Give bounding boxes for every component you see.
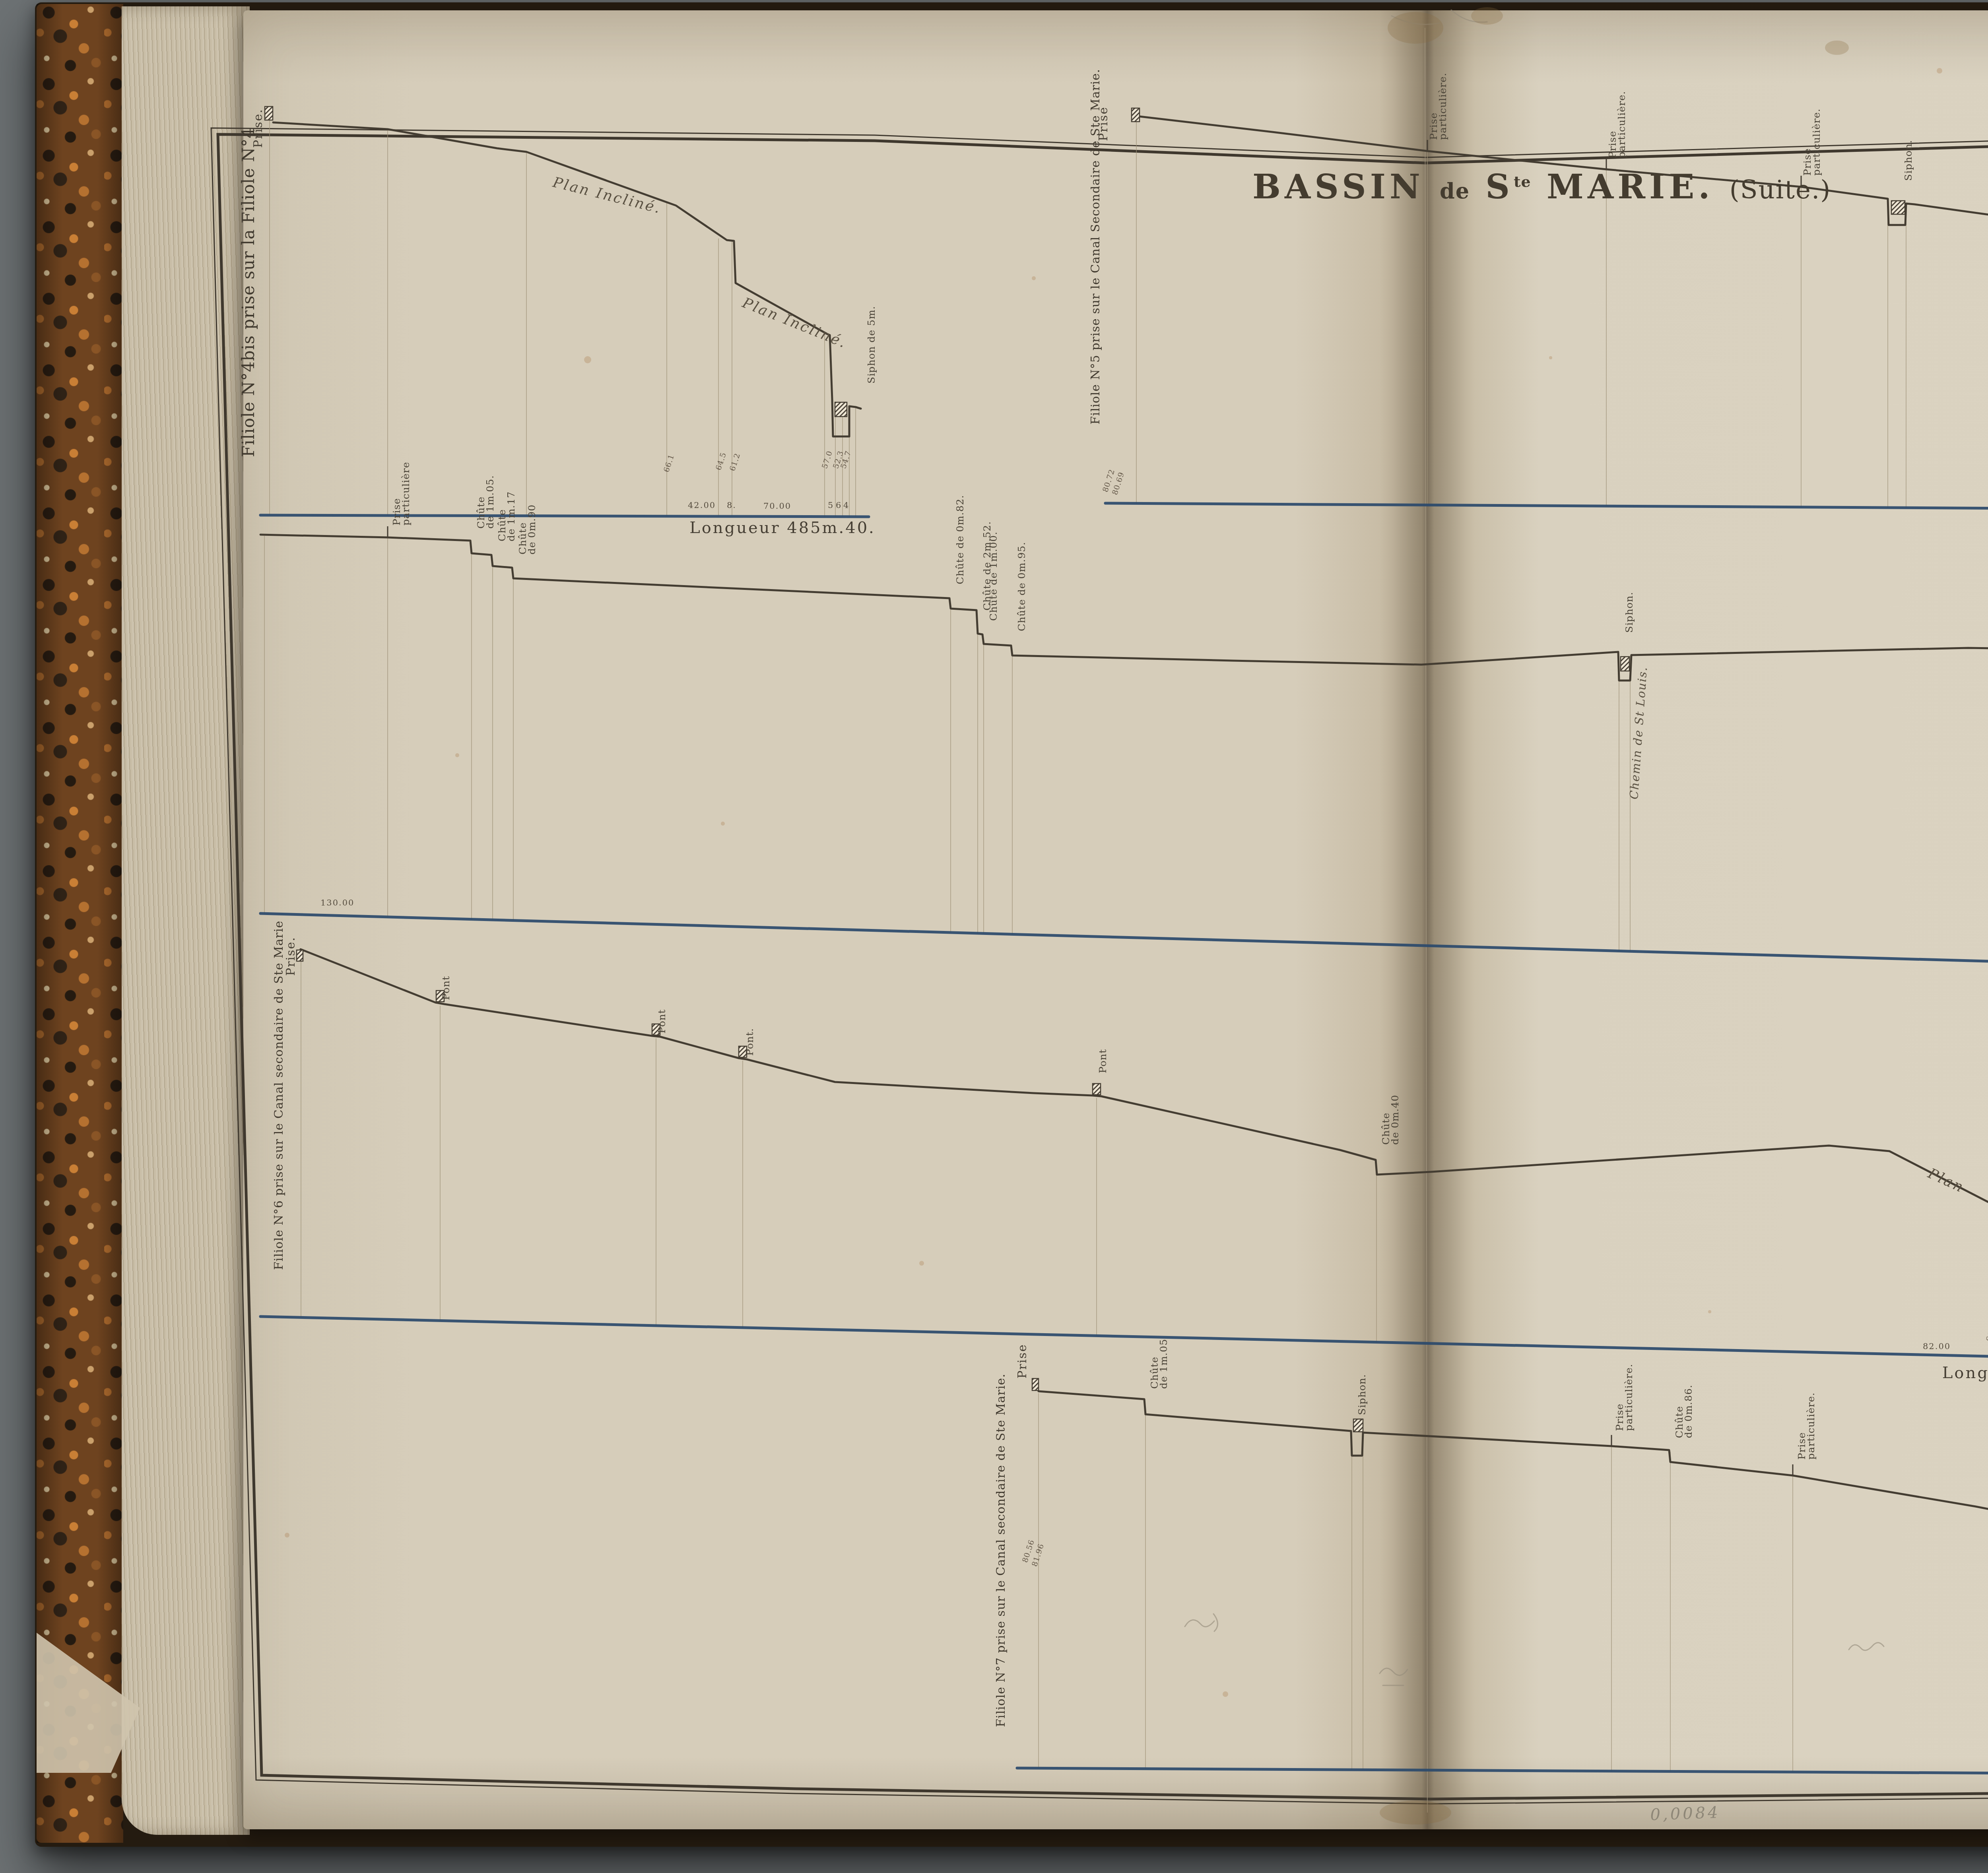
annotation-label: Chûte de 0m.95. (1017, 542, 1026, 631)
annotation-label: Prise particulière. (1429, 73, 1447, 140)
pencil-note: 0,0084 (1650, 1805, 1720, 1823)
text-label-layer: BASSIN de Ste MARIE. (Suite.) Filiole N°… (0, 0, 1988, 1873)
photographed-atlas-page: { "title": {"bassin":"BASSIN","de":"de",… (0, 0, 1988, 1873)
distance-label: 8. (727, 502, 736, 509)
annotation-label: Prise particulière. (1803, 109, 1821, 176)
annotation-label: Chûte de 1m.05. (476, 475, 495, 529)
elevation-label: 64.5 (715, 452, 728, 471)
annotation-label: Prise particulière. (1615, 1364, 1633, 1431)
distance-label: 6 (836, 502, 842, 509)
annotation-label: Siphon. (1625, 592, 1634, 633)
annotation-label: Chûte de 1m.17 (497, 491, 516, 541)
title-s: S (1485, 167, 1514, 206)
distance-label: 5 (828, 502, 834, 509)
annotation-label: Chûte de 0m.90 (518, 504, 536, 555)
distance-label: 70.00 (763, 502, 791, 510)
annotation-label: Pont. (745, 1028, 754, 1056)
profile-title-filiole-6: Filiole N°6 prise sur le Canal secondair… (274, 921, 285, 1270)
title-de: de (1440, 178, 1470, 204)
distance-label: 4 (843, 502, 849, 509)
annotation-label: Plan Incliné. (741, 296, 849, 350)
annotation-label: Prise particulière. (1797, 1392, 1815, 1460)
distance-label: 82.00 (1923, 1343, 1951, 1350)
annotation-label: Siphon. (1904, 140, 1913, 181)
elevation-label: 61.2 (729, 452, 742, 472)
elevation-label: 66.5 (1986, 1323, 1988, 1342)
annotation-label: Siphon de 5m. (867, 306, 876, 384)
annotation-label: Chemin de St Louis. (1629, 666, 1648, 800)
prise-label: Prise (1098, 107, 1109, 141)
annotation-label: Chûte de 0m.86. (1675, 1384, 1693, 1438)
annotation-label: Pont (441, 976, 450, 1000)
title-bassin: BASSIN (1252, 167, 1424, 206)
annotation-label: Plan Incliné. (551, 176, 663, 215)
title-ste: te (1514, 173, 1531, 190)
prise-label: Prise. (253, 109, 264, 148)
distance-label: 130.00 (320, 899, 354, 907)
annotation-label: Chûte de 0m.82. (955, 495, 965, 584)
elevation-label: 66.1 (663, 454, 676, 473)
page-title: BASSIN de Ste MARIE. (Suite.) (1252, 167, 1769, 206)
annotation-label: Siphon. (1357, 1374, 1367, 1415)
longueur-label: Longueur 1485m.12 (1887, 1366, 1988, 1381)
annotation-label: Chûte de 0m.40 (1381, 1095, 1400, 1145)
profile-title-filiole-7: Filiole N°7 prise sur le Canal secondair… (996, 1373, 1007, 1727)
annotation-label: Plan (1926, 1167, 1966, 1195)
annotation-label: Prise particulière. (1608, 91, 1626, 158)
longueur-label: Longueur 485m.40. (631, 521, 934, 535)
annotation-label: Pont (1098, 1049, 1107, 1073)
title-marie: MARIE. (1547, 167, 1714, 206)
distance-label: 42.00 (688, 502, 716, 509)
annotation-label: Chûte de 1m.00. (989, 531, 998, 621)
profile-title-filiole-4bis: Filiole N°4bis prise sur la Filiole N°4 (241, 127, 256, 457)
prise-label: Prise. (285, 936, 297, 976)
annotation-label: Prise particulière (392, 461, 410, 525)
title-suite: (Suite.) (1730, 175, 1831, 205)
prise-label: Prise (1017, 1344, 1028, 1379)
annotation-label: Pont (657, 1009, 666, 1033)
annotation-label: Chûte de 1m.05 (1150, 1339, 1168, 1389)
